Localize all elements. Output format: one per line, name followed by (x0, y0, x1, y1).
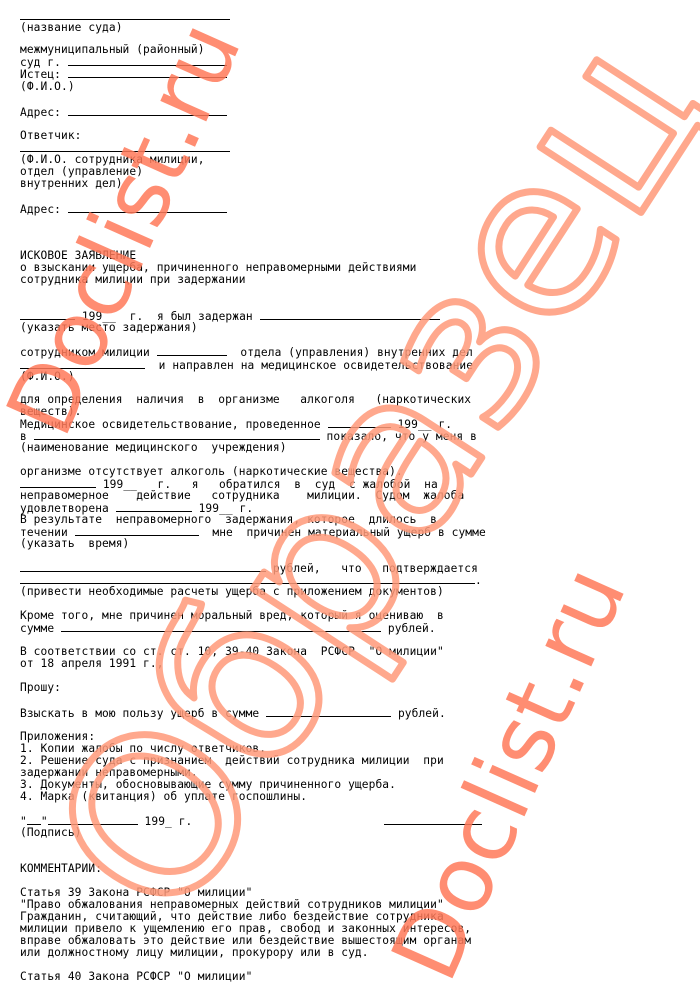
plaintiff-address-blank[interactable] (68, 105, 227, 116)
court-name-caption: (название суда) (20, 21, 123, 34)
request-row: Взыскать в мою пользу ущерб в сумме рубл… (20, 706, 446, 720)
department-row: и направлен на медицинское освидетельств… (20, 358, 473, 372)
showed-text: показало, что у меня в (327, 430, 477, 443)
signature-line (384, 824, 482, 825)
officer-row: сотрудником милиции отдела (управления) … (20, 345, 473, 359)
rubles-text: рублей. (388, 622, 436, 635)
officer-name-blank[interactable] (157, 345, 227, 356)
exam-date-blank[interactable] (328, 417, 391, 428)
signature-caption: (Подпись) (20, 826, 82, 839)
damage-text: мне причинен материальный ущерб в сумме (212, 526, 485, 539)
article-39-line: или должностному лицу милиции, прокурору… (20, 946, 369, 959)
article-40-title: Статья 40 Закона РСФСР "О милиции" (20, 970, 252, 983)
calc-blank[interactable] (20, 573, 475, 584)
moral-sum-row: сумме рублей. (20, 621, 436, 635)
comments-heading: КОММЕНТАРИИ: (20, 862, 102, 875)
defendant-address-blank[interactable] (68, 202, 227, 213)
date-year: 199_ г. (145, 815, 193, 828)
sent-text: и направлен на медицинское освидетельств… (159, 359, 473, 372)
request-label: Прошу: (20, 681, 61, 694)
defendant-address-row: Адрес: (20, 202, 227, 216)
department-caption: (Ф.И.О.) (20, 370, 75, 383)
attachment-item: 4. Марка (квитанция) об уплате госпошлин… (20, 790, 307, 803)
damage-sum-blank[interactable] (20, 561, 266, 572)
defendant-caption-3: внутренних дел) (20, 177, 123, 190)
satisfied-date-blank[interactable] (116, 501, 192, 512)
defendant-address-label: Адрес: (20, 203, 61, 216)
calc-caption: (привести необходимые расчеты ущерба с п… (20, 585, 444, 598)
document-page: (название суда) межмуниципальный (районн… (0, 0, 700, 1000)
institution-caption: (наименование медицинского учреждения) (20, 441, 287, 454)
plaintiff-row: Истец: (20, 67, 227, 81)
detention-place-blank[interactable] (260, 309, 440, 320)
court-name-line (20, 19, 230, 20)
date-month-blank[interactable] (48, 814, 138, 825)
body-line-19: от 18 апреля 1991 г., (20, 657, 164, 670)
institution-blank[interactable] (34, 429, 320, 440)
document-subtitle-2: сотрудника милиции при задержании (20, 273, 246, 286)
detention-caption: (указать место задержания) (20, 321, 198, 334)
court-city-blank[interactable] (68, 55, 227, 66)
sum-text: сумме (20, 622, 54, 635)
date-day-blank[interactable] (27, 814, 41, 825)
defendant-line (20, 151, 230, 152)
department-blank[interactable] (20, 358, 145, 369)
request-sum-blank[interactable] (266, 706, 391, 717)
plaintiff-blank[interactable] (68, 67, 227, 78)
request-rubles: рублей. (398, 707, 446, 720)
calc-end: . (475, 574, 482, 587)
duration-blank[interactable] (75, 525, 199, 536)
body-line-4: для определения наличия в организме алко… (20, 393, 471, 406)
defendant-label: Ответчик: (20, 129, 82, 142)
detention-date-blank[interactable] (20, 309, 75, 320)
complaint-date-blank[interactable] (20, 477, 96, 488)
duration-caption: (указать время) (20, 537, 129, 550)
moral-sum-blank[interactable] (61, 621, 381, 632)
plaintiff-caption: (Ф.И.О.) (20, 80, 75, 93)
address-label: Адрес: (20, 106, 61, 119)
request-text: Взыскать в мою пользу ущерб в сумме (20, 707, 259, 720)
plaintiff-address-row: Адрес: (20, 105, 227, 119)
